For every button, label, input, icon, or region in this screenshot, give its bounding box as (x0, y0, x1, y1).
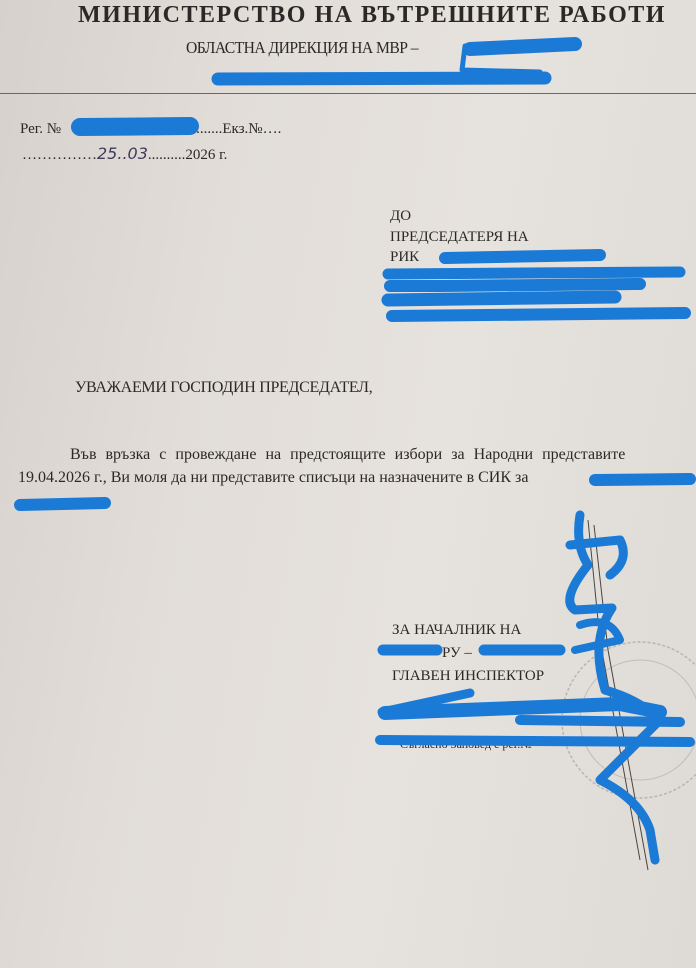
date-dots-suffix: .......... (148, 147, 186, 163)
addressee-line-1: ДО (390, 208, 411, 225)
body-paragraph-line-2: 19.04.2026 г., Ви моля да ни представите… (18, 469, 528, 487)
date-dots-prefix: …………… (22, 147, 97, 163)
body-paragraph-line-1: Във връзка с провеждане на предстоящите … (70, 446, 625, 464)
signature-line-4: Съгласно Заповед с рег.№ (400, 737, 532, 752)
registration-line: Рег. №...................Екз.№…. (20, 121, 281, 138)
date-year: 2026 г. (185, 147, 227, 163)
header-divider (0, 93, 696, 94)
date-line: ……………25..03..........2026 г. (22, 144, 227, 164)
ministry-title: МИНИСТЕРСТВО НА ВЪТРЕШНИТЕ РАБОТИ (78, 2, 666, 29)
salutation: УВАЖАЕМИ ГОСПОДИН ПРЕДСЕДАТЕЛ, (75, 379, 372, 397)
directorate-subtitle: ОБЛАСТНА ДИРЕКЦИЯ НА МВР – (186, 38, 418, 58)
stamp-icon (562, 642, 696, 798)
addressee-line-3: РИК (390, 249, 419, 266)
signature-line-1: ЗА НАЧАЛНИК НА (392, 622, 521, 639)
signature-line-2: РУ – (442, 645, 472, 662)
copy-label: Екз.№…. (222, 121, 281, 137)
signature-line-3: ГЛАВЕН ИНСПЕКТОР (392, 668, 544, 685)
reg-dots: ................... (151, 121, 222, 137)
signature-icon (588, 520, 648, 870)
reg-label: Рег. № (20, 121, 61, 137)
date-handwritten: 25..03 (97, 144, 148, 163)
addressee-line-2: ПРЕДСЕДАТЕРЯ НА (390, 229, 529, 246)
